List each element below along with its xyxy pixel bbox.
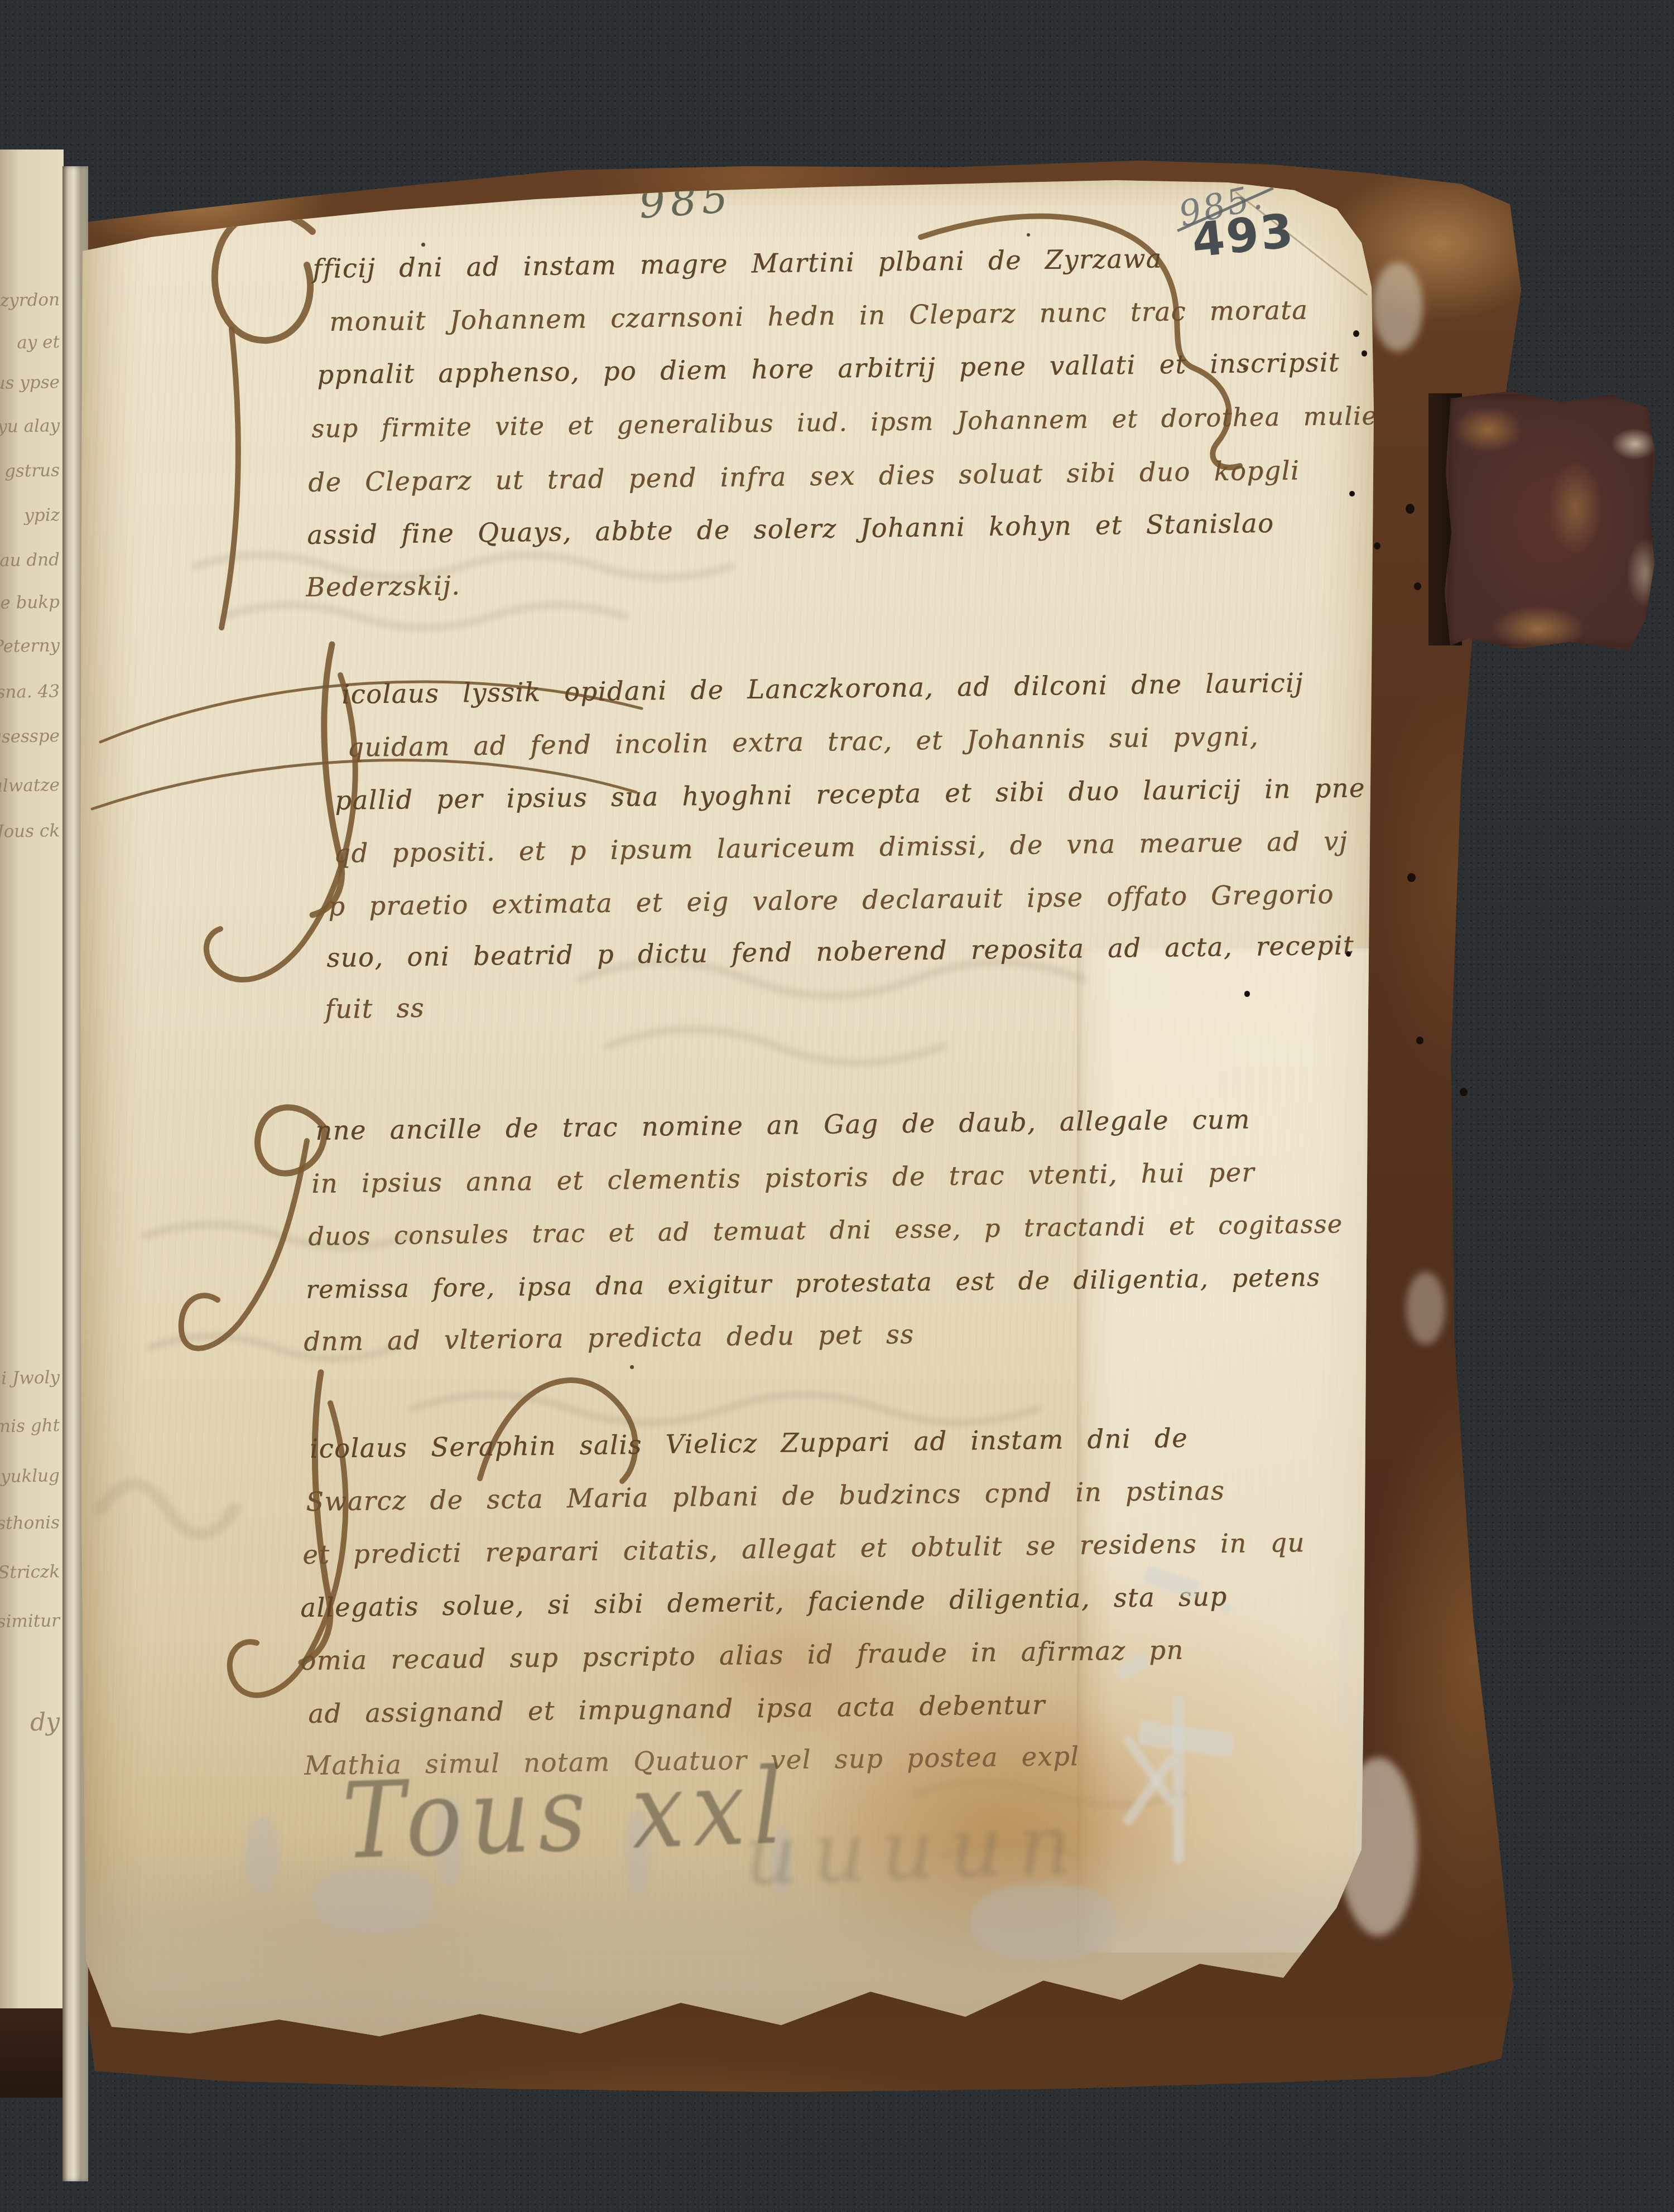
wormhole xyxy=(1407,873,1416,882)
text-line: fficij dni ad instam magre Martini plban… xyxy=(312,243,1162,285)
word-swash xyxy=(463,1339,647,1495)
verso-text-fragment: me bukp xyxy=(0,592,62,613)
verso-text-fragment: kmis ght xyxy=(0,1415,62,1437)
silver-mark xyxy=(1222,1604,1231,1613)
text-line: dnm ad vlteriora predicta dedu pet ss xyxy=(304,1319,915,1357)
text-line: monuit Johannem czarnsoni hedn in Clepar… xyxy=(329,295,1309,338)
verso-text-fragment: land Striczk xyxy=(0,1562,62,1583)
text-line: icolaus lyssik opidani de Lanczkorona, a… xyxy=(341,668,1303,710)
verso-text-fragment: kalwatze xyxy=(0,775,62,796)
verso-text-fragment: us ypse. xyxy=(0,372,62,393)
ink-speck xyxy=(630,1365,634,1369)
text-line: p praetio extimata et eig valore declara… xyxy=(328,879,1334,922)
verso-text-fragment: i Jwoly xyxy=(0,1367,62,1389)
verso-text-fragment: ypiz xyxy=(0,505,62,526)
text-line: omia recaud sup pscripto alias id fraude… xyxy=(300,1635,1184,1676)
faded-inscription-ghost: uuuun xyxy=(742,1796,1088,1905)
text-line: de Cleparz ut trad pend infra sex dies s… xyxy=(308,455,1300,498)
text-line: quidam ad fend incolin extra trac, et Jo… xyxy=(347,721,1259,763)
photograph-stage: zyrdon ay et us ypse. yu alay a gstrus y… xyxy=(0,0,1674,2212)
verso-text-fragment: brasimitur xyxy=(0,1611,62,1632)
text-line: ppnalit apphenso, po diem hore arbitrij … xyxy=(317,348,1340,391)
wormhole xyxy=(1460,1088,1468,1096)
verso-text-fragment: yu alay xyxy=(0,416,62,437)
verso-text-fragment: ay et xyxy=(0,332,62,353)
text-line: sup firmite vite et generalibus iud. ips… xyxy=(311,401,1404,444)
cover-wear-patch xyxy=(1373,262,1423,351)
text-line: assid fine Quays, abbte de solerz Johann… xyxy=(307,508,1274,551)
ink-speck xyxy=(421,243,425,247)
wormhole xyxy=(1244,991,1250,997)
verso-text-fragment: Sejsthonis xyxy=(0,1512,62,1534)
verso-text-fragment: a gstrus xyxy=(0,460,62,481)
text-line: fuit ss xyxy=(325,993,425,1025)
wormhole xyxy=(1406,504,1415,514)
verso-text-fragment: au dnd xyxy=(0,550,62,571)
wormhole xyxy=(1374,542,1380,550)
wormhole xyxy=(1353,330,1359,337)
verso-text-fragment: Jous ck xyxy=(0,821,62,842)
faded-inscription: Tous xxl xyxy=(340,1744,792,1882)
cover-shadow-bottom-left xyxy=(0,2008,67,2098)
silver-mark xyxy=(1173,1696,1184,1863)
cover-wear-patch xyxy=(1406,1272,1445,1344)
wormhole xyxy=(1414,582,1421,590)
wormhole xyxy=(1349,491,1355,497)
text-line: icolaus Seraphin salis Vielicz Zuppari a… xyxy=(310,1423,1188,1464)
verso-text-fragment: Peterny xyxy=(0,635,62,657)
silver-mark xyxy=(1340,1615,1348,1727)
verso-text-fragment: dy xyxy=(0,1708,62,1737)
manuscript-page: 985 985. 493 fficij dni ad instam magre … xyxy=(78,176,1378,2045)
text-line: Bederzskij. xyxy=(306,571,461,603)
verso-text-fragment: zyrdon xyxy=(0,290,62,311)
verso-text-fragment: ssna. 43 xyxy=(0,681,62,702)
wormhole xyxy=(1362,350,1367,356)
ink-speck xyxy=(1027,233,1030,237)
text-line: ad assignand et impugnand ipsa acta debe… xyxy=(308,1690,1046,1729)
leather-strap xyxy=(1444,391,1657,650)
water-stain-drip xyxy=(246,1816,279,1894)
facing-page-edge: zyrdon ay et us ypse. yu alay a gstrus y… xyxy=(0,150,64,2013)
wormhole xyxy=(1416,1037,1423,1044)
ink-speck xyxy=(1243,367,1247,370)
folio-number-pencil-new: 493 xyxy=(1189,203,1297,268)
verso-text-fragment: very yuklug xyxy=(0,1466,62,1487)
ink-speck xyxy=(521,1555,524,1559)
text-line: qd ppositi. et p ipsum lauriceum dimissi… xyxy=(334,826,1402,869)
text-line: pallid per ipsius sua hyoghni recepta et… xyxy=(335,773,1365,816)
verso-text-fragment: ym gsesspe xyxy=(0,726,62,747)
wormhole xyxy=(1346,951,1351,957)
